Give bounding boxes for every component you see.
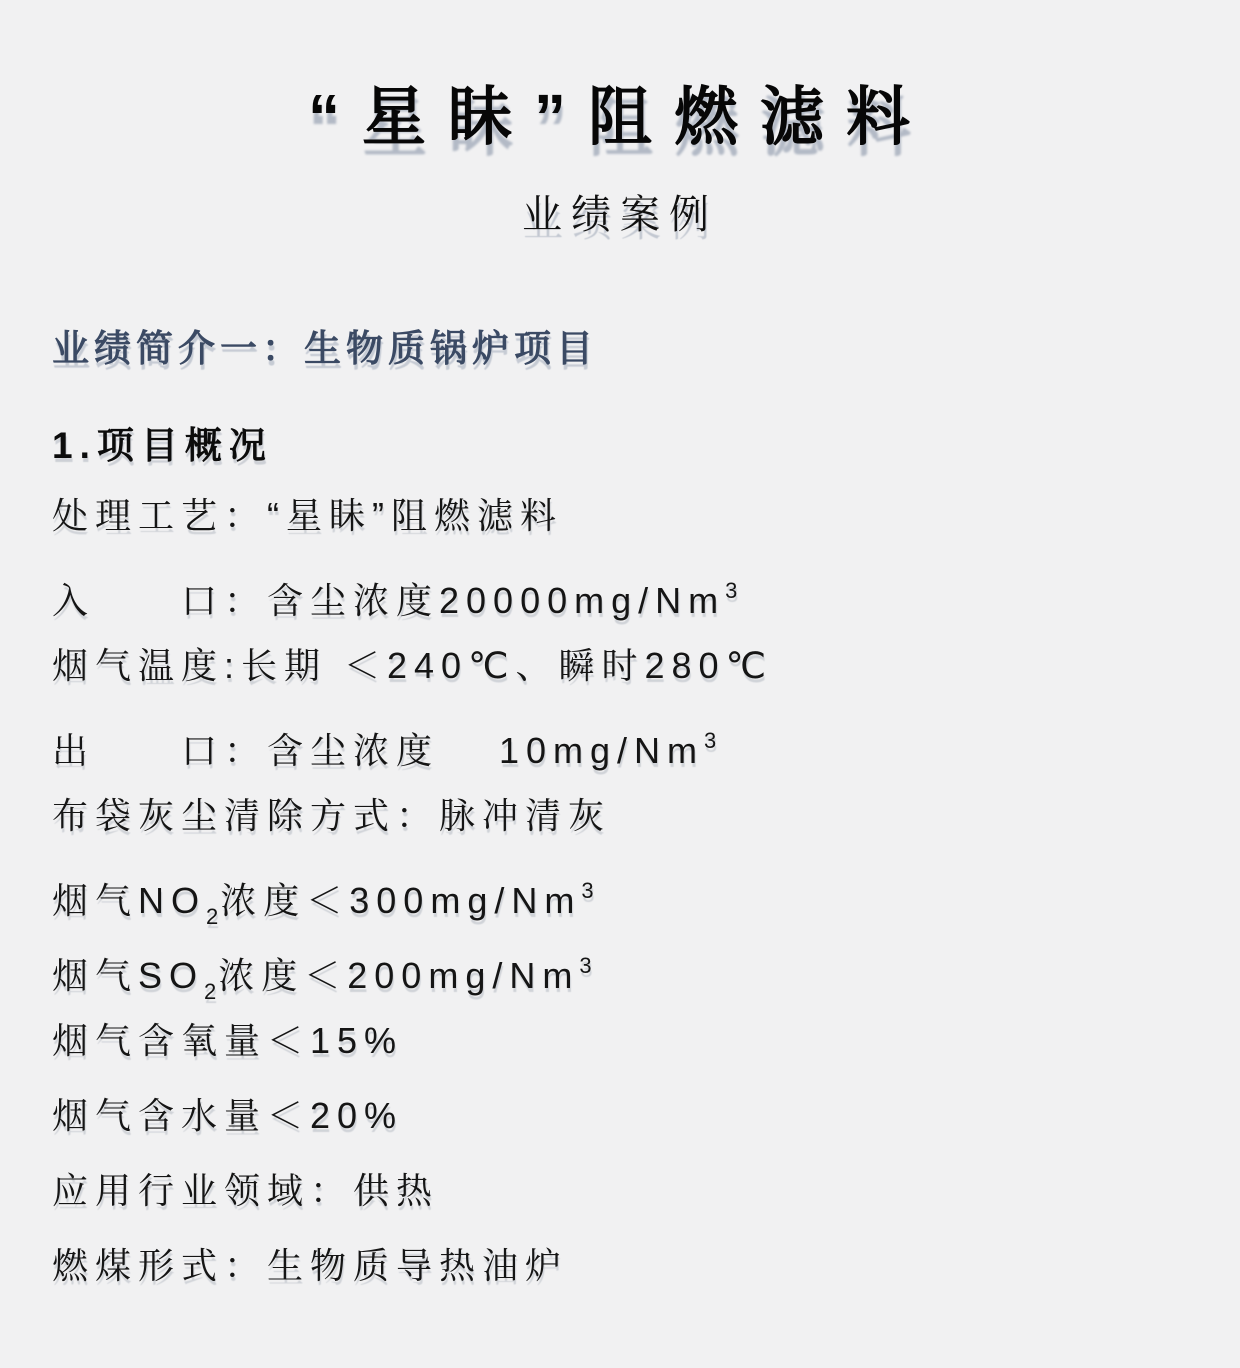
industry-line: 应用行业领域：供热 (52, 1153, 1240, 1228)
section-heading: 业绩简介一：生物质锅炉项目 (52, 327, 1240, 371)
fuel-line: 燃煤形式：生物质导热油炉 (52, 1228, 1240, 1303)
section-heading-prefix: 业绩简介一： (52, 328, 304, 369)
outlet-line: 出 口：含尘浓度 10mg/Nm3 (52, 703, 1240, 778)
document-page: “星眛”阻燃滤料 业绩案例 业绩简介一：生物质锅炉项目 1.项目概况 处理工艺：… (0, 0, 1240, 1368)
inlet-line: 入 口：含尘浓度20000mg/Nm3 (52, 553, 1240, 628)
so2-line: 烟气SO2浓度＜200mg/Nm3 (52, 928, 1240, 1003)
flue-gas-temp-line: 烟气温度:长期 ＜240℃、瞬时280℃ (52, 628, 1240, 703)
oxygen-line: 烟气含氧量＜15% (52, 1003, 1240, 1078)
spec-lines: 处理工艺：“星眛”阻燃滤料入 口：含尘浓度20000mg/Nm3烟气温度:长期 … (52, 478, 1240, 1303)
page-title: “星眛”阻燃滤料 (0, 0, 1240, 159)
overview-heading: 1.项目概况 (52, 424, 1240, 468)
no2-line: 烟气NO2浓度＜300mg/Nm3 (52, 853, 1240, 928)
moisture-line: 烟气含水量＜20% (52, 1078, 1240, 1153)
process-line: 处理工艺：“星眛”阻燃滤料 (52, 478, 1240, 553)
section-heading-topic: 生物质锅炉项目 (304, 328, 598, 369)
dust-cleaning-line: 布袋灰尘清除方式：脉冲清灰 (52, 778, 1240, 853)
page-subtitle: 业绩案例 (0, 193, 1240, 237)
